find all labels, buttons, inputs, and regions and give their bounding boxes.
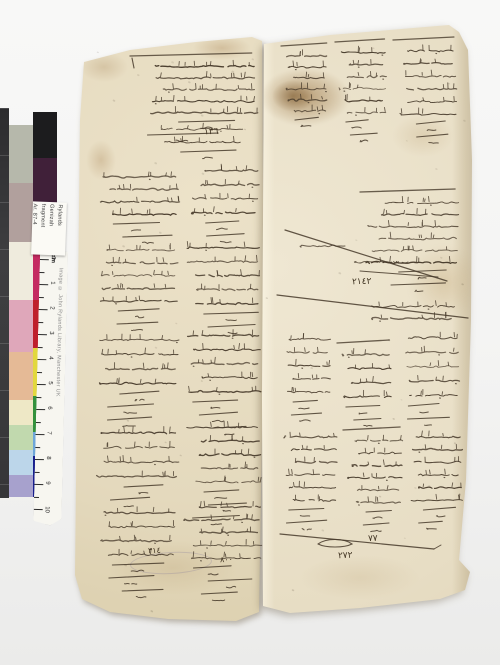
- library-stamp: [129, 550, 212, 576]
- ruler-major-tick: [38, 334, 47, 335]
- left-leaf-paper: [0, 0, 500, 665]
- color-patch-pale-yellow: [9, 400, 33, 425]
- ruler-major-tick: [36, 434, 45, 435]
- stain: [272, 80, 314, 112]
- color-patch-peach: [9, 352, 33, 400]
- color-patch-lavender: [9, 475, 33, 497]
- ruler-copyright-text: Image © John Rylands Library, Manchester…: [52, 267, 64, 515]
- ruler-major-tick: [40, 259, 49, 260]
- arabic-numeral: ١٣٦٠: [204, 127, 224, 138]
- photograph-background: ١٣٦٠٢١٤٢٣١٤٨٠٠٧٧٢٧٢ Rylands Genizah frag…: [0, 0, 500, 665]
- manuscript-left-leaf: [0, 0, 500, 665]
- ruler-major-tick: [36, 409, 45, 410]
- ruler-half-tick: [38, 321, 43, 322]
- ruler-number: 3: [48, 331, 54, 334]
- label-line: fragment: [37, 204, 47, 253]
- stain: [408, 245, 480, 320]
- label-line: Genizah: [45, 204, 55, 253]
- ruler-half-tick: [39, 271, 44, 272]
- calibration-strip-marks: [0, 108, 9, 498]
- arabic-numeral: ٣١٤: [148, 546, 161, 555]
- stain: [108, 540, 238, 595]
- ruler-half-tick: [35, 471, 40, 472]
- arabic-numeral: ٨٠٠: [220, 555, 233, 564]
- stain: [80, 52, 128, 82]
- manuscript-script: [0, 0, 500, 665]
- color-patch-black: [33, 112, 57, 158]
- stain: [193, 36, 251, 60]
- ruler-major-tick: [34, 509, 43, 510]
- ruler-number: 1: [49, 281, 55, 284]
- arabic-numeral: ٢٧٢: [338, 551, 353, 562]
- color-patch-dark-plum: [33, 158, 57, 206]
- ruler-half-tick: [39, 296, 44, 297]
- stain: [392, 115, 454, 157]
- right-leaf-paper: [0, 0, 500, 665]
- ruler-major-tick: [34, 484, 43, 485]
- ruler-half-tick: [36, 421, 41, 422]
- stain: [86, 140, 116, 180]
- label-shelfmark: Ar. 87-4: [29, 203, 39, 252]
- color-patch-pale-green: [9, 425, 33, 450]
- color-patch-pink: [9, 300, 33, 352]
- ruler-number: 5: [47, 381, 53, 384]
- arabic-numeral: ٢١٤٢: [352, 277, 372, 288]
- stain: [300, 555, 420, 600]
- ruler-half-tick: [38, 346, 43, 347]
- large-brown-stain: [260, 68, 350, 126]
- ruler-number: 6: [46, 406, 52, 409]
- manuscript-right-leaf: [0, 0, 500, 665]
- ruler-half-tick: [34, 496, 39, 497]
- ruler-major-tick: [37, 384, 46, 385]
- ruler-major-tick: [35, 459, 44, 460]
- calibration-dark-strip: [0, 108, 9, 498]
- fold-crease: [262, 40, 276, 610]
- label-line: Rylands: [54, 204, 64, 253]
- ruler-half-tick: [37, 371, 42, 372]
- ruler-number: 0: [50, 256, 56, 259]
- collection-label-text: Rylands Genizah fragment Ar. 87-4: [34, 204, 64, 254]
- color-patch-grey-green: [9, 125, 33, 183]
- ruler-number: 2: [49, 306, 55, 309]
- ruler-major-tick: [39, 284, 48, 285]
- ruler-major-tick: [37, 359, 46, 360]
- ruler-number: 4: [47, 356, 53, 359]
- ruler-major-tick: [39, 309, 48, 310]
- arabic-numeral: ٧٧: [368, 534, 378, 544]
- collection-label: Rylands Genizah fragment Ar. 87-4: [31, 201, 67, 255]
- worn-right-edge: [452, 26, 472, 596]
- color-patch-pale-blue: [9, 450, 33, 475]
- ruler-half-tick: [35, 446, 40, 447]
- ruler-half-tick: [36, 396, 41, 397]
- ruler-number: 9: [44, 481, 50, 484]
- ruler-number: 8: [45, 456, 51, 459]
- ruler-number: 7: [46, 431, 52, 434]
- ruler-number: 10: [44, 506, 50, 513]
